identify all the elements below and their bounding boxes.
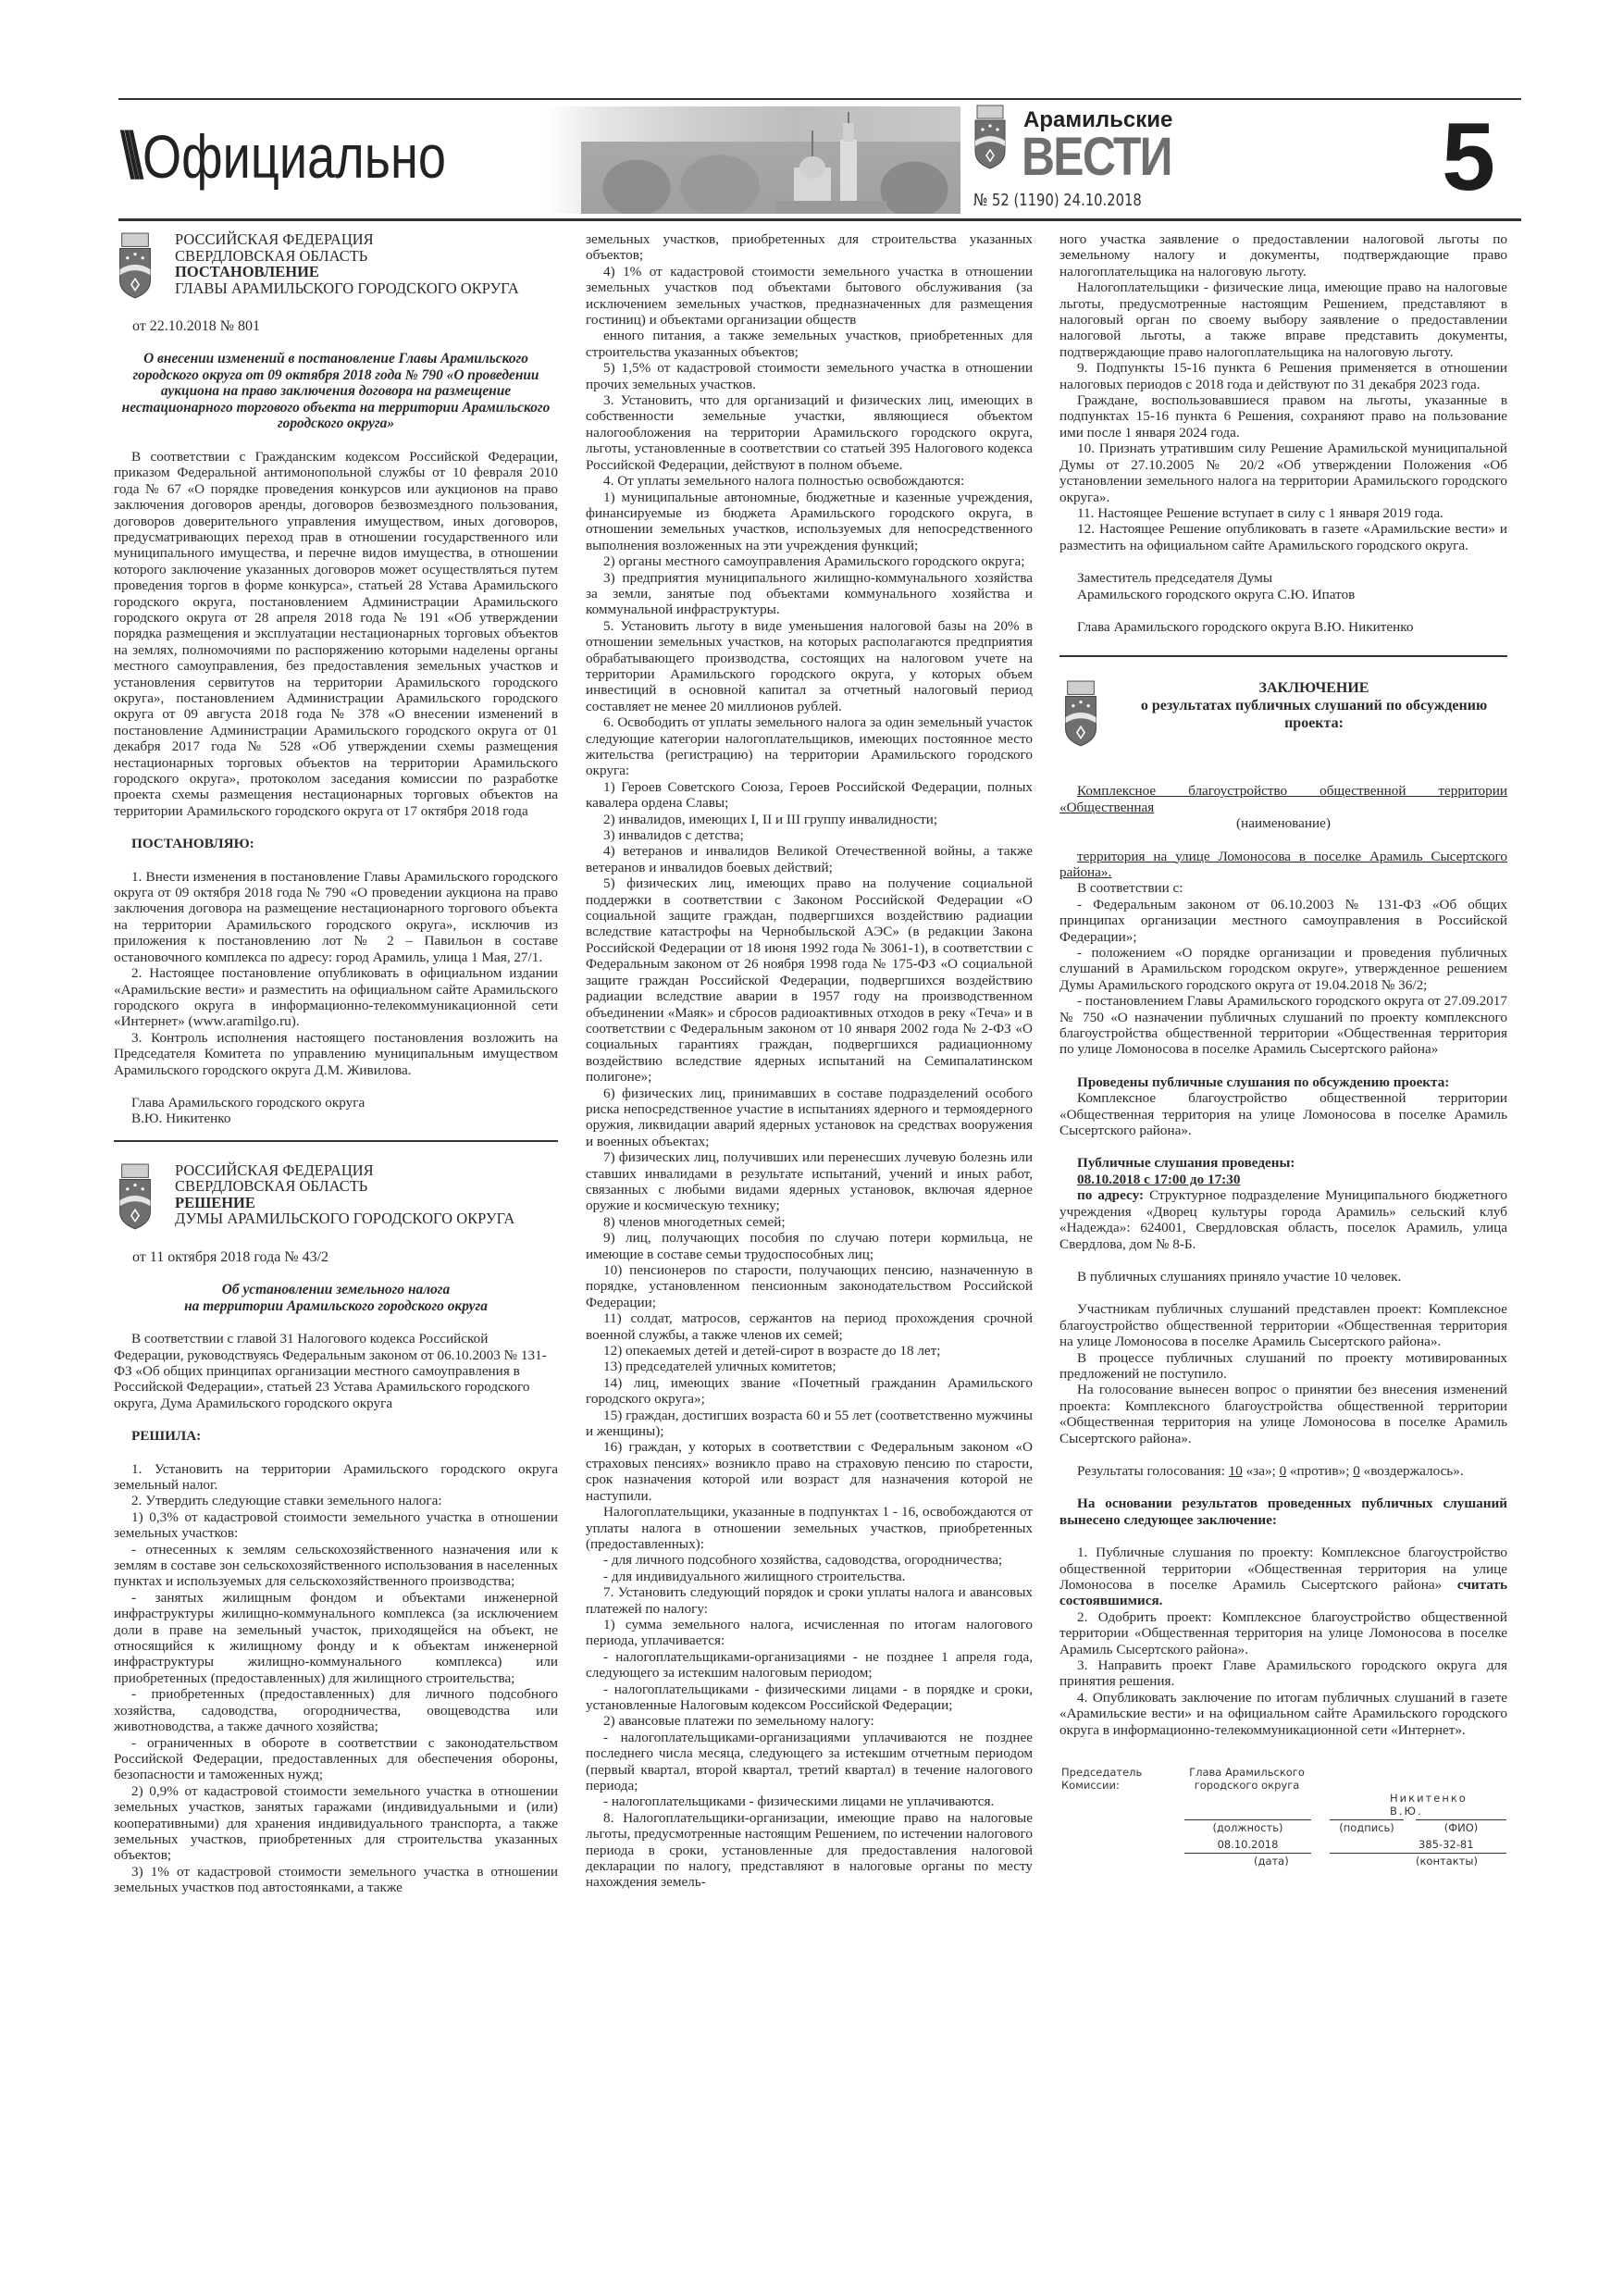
contacts-value: 385-32-81 [1419, 1838, 1506, 1851]
doc3-project-name: Комплексное благоустройство общественной… [1059, 783, 1507, 815]
header-line: ГЛАВЫ АРАМИЛЬСКОГО ГОРОДСКОГО ОКРУГА [175, 280, 519, 297]
vote-abstained-label: «воздержалось». [1360, 1463, 1464, 1479]
slashes-icon: \\\ [120, 118, 133, 194]
doc2-paragraph: - налогоплательщиками - физическими лица… [586, 1793, 1033, 1809]
doc3-accordance-item: - Федеральным законом от 06.10.2003 № 13… [1059, 897, 1507, 945]
doc-type: ПОСТАНОВЛЕНИЕ [175, 264, 519, 280]
issue-info: № 52 (1190) 24.10.2018 [973, 191, 1142, 210]
doc2-paragraph: 1) 0,3% от кадастровой стоимости земельн… [114, 1509, 558, 1542]
coat-of-arms-icon [1059, 679, 1102, 751]
doc3-when-value: 08.10.2018 с 17:00 до 17:30 [1059, 1172, 1507, 1187]
doc2-paragraph: - налогоплательщиками-организациями - не… [586, 1649, 1033, 1682]
address-label: по адресу: [1077, 1187, 1144, 1203]
doc2-paragraph: 7. Установить следующий порядок и сроки … [586, 1584, 1033, 1617]
doc3-header: ЗАКЛЮЧЕНИЕ о результатах публичных слуша… [1059, 679, 1507, 751]
doc2-paragraph: енного питания, а также земельных участк… [586, 328, 1033, 360]
coat-of-arms-icon [114, 231, 156, 304]
doc2-paragraph: 12. Настоящее Решение опубликовать в газ… [1059, 521, 1507, 553]
doc2-paragraph: 14) лиц, имеющих звание «Почетный гражда… [586, 1375, 1033, 1408]
column-3: ного участка заявление о предоставлении … [1059, 231, 1507, 1858]
church-icon [775, 112, 886, 214]
doc2-paragraphs-col2: земельных участков, приобретенных для ст… [586, 231, 1033, 1891]
conclusion-text: 1. Публичные слушания по проекту: Компле… [1059, 1545, 1507, 1593]
doc3-accordance-item: - постановлением Главы Арамильского горо… [1059, 993, 1507, 1058]
doc2-paragraph: - занятых жилищным фондом и объектами ин… [114, 1590, 558, 1686]
doc2-paragraph: 5. Установить льготу в виде уменьшения н… [586, 618, 1033, 714]
doc1-item: 1. Внести изменения в постановление Глав… [114, 869, 558, 965]
contacts-line [1330, 1853, 1506, 1854]
doc2-paragraph: 6. Освободить от уплаты земельного налог… [586, 714, 1033, 779]
doc2-paragraph: 3) 1% от кадастровой стоимости земельног… [114, 1864, 558, 1896]
signature-line: Заместитель председателя Думы [1077, 570, 1507, 586]
doc3-held-text: Комплексное благоустройство общественной… [1059, 1090, 1507, 1138]
doc2-paragraph: 10. Признать утратившим силу Решение Ара… [1059, 441, 1507, 505]
newspaper-logo: Арамильские ВЕСТИ № 52 (1190) 24.10.2018 [970, 102, 1192, 217]
doc3-signature-table: Председатель Комиссии: Глава Арамильског… [1059, 1766, 1507, 1858]
doc2-paragraph: Налогоплательщики, указанные в подпункта… [586, 1504, 1033, 1552]
doc3-address: по адресу: Структурное подразделение Мун… [1059, 1187, 1507, 1252]
doc2-paragraph: 8) членов многодетных семей; [586, 1214, 1033, 1230]
doc2-paragraph: 5) 1,5% от кадастровой стоимости земельн… [586, 360, 1033, 392]
doc3-conclusion-item: 1. Публичные слушания по проекту: Компле… [1059, 1545, 1507, 1609]
doc2-paragraph: 16) граждан, у которых в соответствии с … [586, 1439, 1033, 1504]
doc3-when-heading: Публичные слушания проведены: [1059, 1155, 1507, 1171]
doc2-paragraph: ного участка заявление о предоставлении … [1059, 231, 1507, 279]
trees-graphic [581, 142, 960, 214]
section-title: \\\ Официально [118, 118, 513, 194]
doc3-vote-question: На голосование вынесен вопрос о принятии… [1059, 1382, 1507, 1446]
header-line: РОССИЙСКАЯ ФЕДЕРАЦИЯ [175, 1162, 514, 1179]
section-title-text: Официально [142, 121, 446, 192]
vote-prefix: Результаты голосования: [1077, 1463, 1229, 1479]
doc2-paragraph: - отнесенных к землям сельскохозяйственн… [114, 1542, 558, 1590]
doc3-participants: В публичных слушаниях приняло участие 10… [1059, 1269, 1507, 1285]
header-photo [544, 106, 960, 214]
doc1-signature: Глава Арамильского городского округа В.Ю… [131, 1095, 558, 1127]
role-label: Председатель Комиссии: [1061, 1766, 1172, 1792]
doc1-header: РОССИЙСКАЯ ФЕДЕРАЦИЯ СВЕРДЛОВСКАЯ ОБЛАСТ… [114, 231, 558, 304]
doc2-paragraph: 4) 1% от кадастровой стоимости земельног… [586, 264, 1033, 329]
vote-against-label: «против»; [1286, 1463, 1353, 1479]
doc2-paragraph: 15) граждан, достигших возраста 60 и 55 … [586, 1408, 1033, 1440]
masthead-bottom-rule [118, 218, 1521, 221]
doc3-caption: (наименование) [1059, 815, 1507, 831]
doc2-paragraph: 5) физических лиц, имеющих право на полу… [586, 875, 1033, 1085]
doc1-header-lines: РОССИЙСКАЯ ФЕДЕРАЦИЯ СВЕРДЛОВСКАЯ ОБЛАСТ… [175, 231, 519, 296]
doc2-paragraph: 13) председателей уличных комитетов; [586, 1359, 1033, 1374]
doc2-paragraph: - для индивидуального жилищного строител… [586, 1569, 1033, 1584]
doc2-paragraphs-col1: 1. Установить на территории Арамильского… [114, 1461, 558, 1896]
doc2-signature-head: Глава Арамильского городского округа В.Ю… [1077, 619, 1507, 635]
doc3-presented: Участникам публичных слушаний представле… [1059, 1301, 1507, 1349]
page-number: 5 [1442, 109, 1495, 205]
doc2-paragraph: 4. От уплаты земельного налога полностью… [586, 473, 1033, 489]
doc2-paragraph: 9. Подпункты 15-16 пункта 6 Решения прим… [1059, 360, 1507, 392]
position-value: Глава Арамильского городского округа [1184, 1766, 1309, 1792]
section-divider [1059, 655, 1507, 657]
signature-line: Глава Арамильского городского округа [131, 1095, 558, 1111]
doc3-title-block: ЗАКЛЮЧЕНИЕ о результатах публичных слуша… [1121, 679, 1507, 732]
caption-position: (должность) [1184, 1821, 1311, 1834]
doc2-paragraph: 1) Героев Советского Союза, Героев Росси… [586, 779, 1033, 812]
doc3-conclusion-item: 2. Одобрить проект: Комплексное благоуст… [1059, 1609, 1507, 1657]
doc2-paragraph: - налогоплательщиками-организациями упла… [586, 1730, 1033, 1794]
doc2-title: Об установлении земельного налога на тер… [114, 1282, 558, 1314]
doc2-paragraph: 11. Настоящее Решение вступает в силу с … [1059, 505, 1507, 521]
doc2-paragraph: земельных участков, приобретенных для ст… [586, 231, 1033, 264]
doc2-paragraph: 1. Установить на территории Арамильского… [114, 1461, 558, 1494]
doc2-paragraph: 1) сумма земельного налога, исчисленная … [586, 1617, 1033, 1649]
position-line [1184, 1819, 1311, 1820]
doc2-paragraph: 2. Утвердить следующие ставки земельного… [114, 1493, 558, 1508]
doc3-conclusion-heading: На основании результатов проведенных пуб… [1059, 1496, 1507, 1528]
signature-line [1330, 1819, 1404, 1820]
column-1: РОССИЙСКАЯ ФЕДЕРАЦИЯ СВЕРДЛОВСКАЯ ОБЛАСТ… [114, 231, 558, 1896]
doc3-conclusion-item: 3. Направить проект Главе Арамильского г… [1059, 1657, 1507, 1690]
doc2-paragraph: - приобретенных (предоставленных) для ли… [114, 1686, 558, 1734]
doc2-paragraph: - налогоплательщиками - физическими лица… [586, 1682, 1033, 1714]
doc2-paragraph: 7) физических лиц, получивших или перене… [586, 1149, 1033, 1214]
doc1-preamble: В соответствии с Гражданским кодексом Ро… [114, 449, 558, 819]
doc3-title: ЗАКЛЮЧЕНИЕ [1121, 679, 1507, 697]
caption-signature: (подпись) [1330, 1821, 1404, 1834]
doc-type: РЕШЕНИЕ [175, 1195, 514, 1211]
doc2-resolve-heading: РЕШИЛА: [114, 1428, 558, 1444]
doc3-no-proposals: В процессе публичных слушаний по проекту… [1059, 1350, 1507, 1383]
doc2-preamble: В соответствии с главой 31 Налогового ко… [114, 1331, 558, 1411]
date-value: 08.10.2018 [1184, 1838, 1311, 1851]
doc3-held-heading: Проведены публичные слушания по обсужден… [1059, 1074, 1507, 1090]
doc2-signature-deputy: Заместитель председателя Думы Арамильско… [1077, 570, 1507, 602]
doc2-paragraphs-col3: ного участка заявление о предоставлении … [1059, 231, 1507, 553]
signature-line: В.Ю. Никитенко [131, 1111, 558, 1126]
doc2-paragraph: 4) ветеранов и инвалидов Великой Отечест… [586, 843, 1033, 875]
doc2-paragraph: Граждане, воспользовавшиеся правом на ль… [1059, 392, 1507, 441]
doc2-paragraph: - ограниченных в обороте в соответствии … [114, 1735, 558, 1783]
doc2-paragraph: 2) 0,9% от кадастровой стоимости земельн… [114, 1783, 558, 1864]
doc2-paragraph: 2) органы местного самоуправления Арамил… [586, 553, 1033, 569]
header-line: РОССИЙСКАЯ ФЕДЕРАЦИЯ [175, 231, 519, 248]
doc2-paragraph: 3. Установить, что для организаций и физ… [586, 392, 1033, 473]
doc2-header-lines: РОССИЙСКАЯ ФЕДЕРАЦИЯ СВЕРДЛОВСКАЯ ОБЛАСТ… [175, 1162, 514, 1227]
coat-of-arms-icon [114, 1162, 156, 1235]
doc2-header: РОССИЙСКАЯ ФЕДЕРАЦИЯ СВЕРДЛОВСКАЯ ОБЛАСТ… [114, 1162, 558, 1235]
caption-contacts: (контакты) [1416, 1855, 1499, 1868]
section-divider [114, 1140, 558, 1142]
vote-for-count: 10 [1229, 1463, 1243, 1479]
doc2-paragraph: 3) предприятия муниципального жилищно-ко… [586, 570, 1033, 618]
title-line: Об установлении земельного налога [114, 1282, 558, 1298]
caption-date: (дата) [1254, 1855, 1309, 1868]
doc2-paragraph: 8. Налогоплательщики-организации, имеющи… [586, 1810, 1033, 1891]
doc3-accordance-item: - положением «О порядке организации и пр… [1059, 945, 1507, 993]
doc2-paragraph: 11) солдат, матросов, сержантов на перио… [586, 1310, 1033, 1343]
doc2-paragraph: 2) инвалидов, имеющих I, II и III группу… [586, 812, 1033, 827]
date-line [1184, 1853, 1311, 1854]
doc2-paragraph: 1) муниципальные автономные, бюджетные и… [586, 490, 1033, 554]
column-2: земельных участков, приобретенных для ст… [586, 231, 1033, 1891]
doc1-item: 3. Контроль исполнения настоящего постан… [114, 1030, 558, 1078]
doc2-paragraph: - для личного подсобного хозяйства, садо… [586, 1552, 1033, 1568]
doc1-number: от 22.10.2018 № 801 [132, 318, 558, 334]
doc2-paragraph: 2) авансовые платежи по земельному налог… [586, 1713, 1033, 1729]
caption-fio: (ФИО) [1416, 1821, 1506, 1834]
newspaper-name-big: ВЕСТИ [1022, 126, 1171, 188]
doc2-paragraph: 10) пенсионеров по старости, получающих … [586, 1262, 1033, 1310]
doc3-subtitle: о результатах публичных слушаний по обсу… [1121, 697, 1507, 732]
doc2-number: от 11 октября 2018 года № 43/2 [132, 1249, 558, 1265]
title-line: на территории Арамильского городского ок… [114, 1298, 558, 1315]
doc1-title: О внесении изменений в постановление Гла… [114, 351, 558, 432]
vote-abstained-count: 0 [1353, 1463, 1360, 1479]
doc2-paragraph: Налогоплательщики - физические лица, име… [1059, 279, 1507, 360]
header-line: СВЕРДЛОВСКАЯ ОБЛАСТЬ [175, 248, 519, 265]
doc3-accordance-intro: В соответствии с: [1059, 880, 1507, 896]
vote-for-label: «за»; [1243, 1463, 1280, 1479]
doc3-vote-results: Результаты голосования: 10 «за»; 0 «прот… [1059, 1463, 1507, 1479]
doc2-paragraph: 9) лиц, получающих пособия по случаю пот… [586, 1230, 1033, 1262]
doc1-item: 2. Настоящее постановление опубликовать … [114, 965, 558, 1030]
doc1-resolve-heading: ПОСТАНОВЛЯЮ: [114, 836, 558, 851]
fio-line [1416, 1819, 1506, 1820]
doc2-paragraph: 6) физических лиц, принимавших в составе… [586, 1086, 1033, 1150]
masthead: \\\ Официально Арамильские ВЕСТИ № 52 (1… [118, 102, 1521, 217]
fio-value: Никитенко В.Ю. [1390, 1792, 1482, 1818]
coat-of-arms-icon [970, 104, 1010, 174]
doc3-project-name: территория на улице Ломоносова в поселке… [1059, 849, 1507, 881]
doc3-conclusion-item: 4. Опубликовать заключение по итогам пуб… [1059, 1690, 1507, 1738]
header-line: СВЕРДЛОВСКАЯ ОБЛАСТЬ [175, 1178, 514, 1195]
masthead-top-rule [118, 98, 1521, 100]
doc2-paragraph: 3) инвалидов с детства; [586, 827, 1033, 843]
doc2-paragraph: 12) опекаемых детей и детей-сирот в возр… [586, 1343, 1033, 1359]
header-line: ДУМЫ АРАМИЛЬСКОГО ГОРОДСКОГО ОКРУГА [175, 1210, 514, 1227]
signature-line: Арамильского городского округа С.Ю. Ипат… [1077, 587, 1507, 602]
